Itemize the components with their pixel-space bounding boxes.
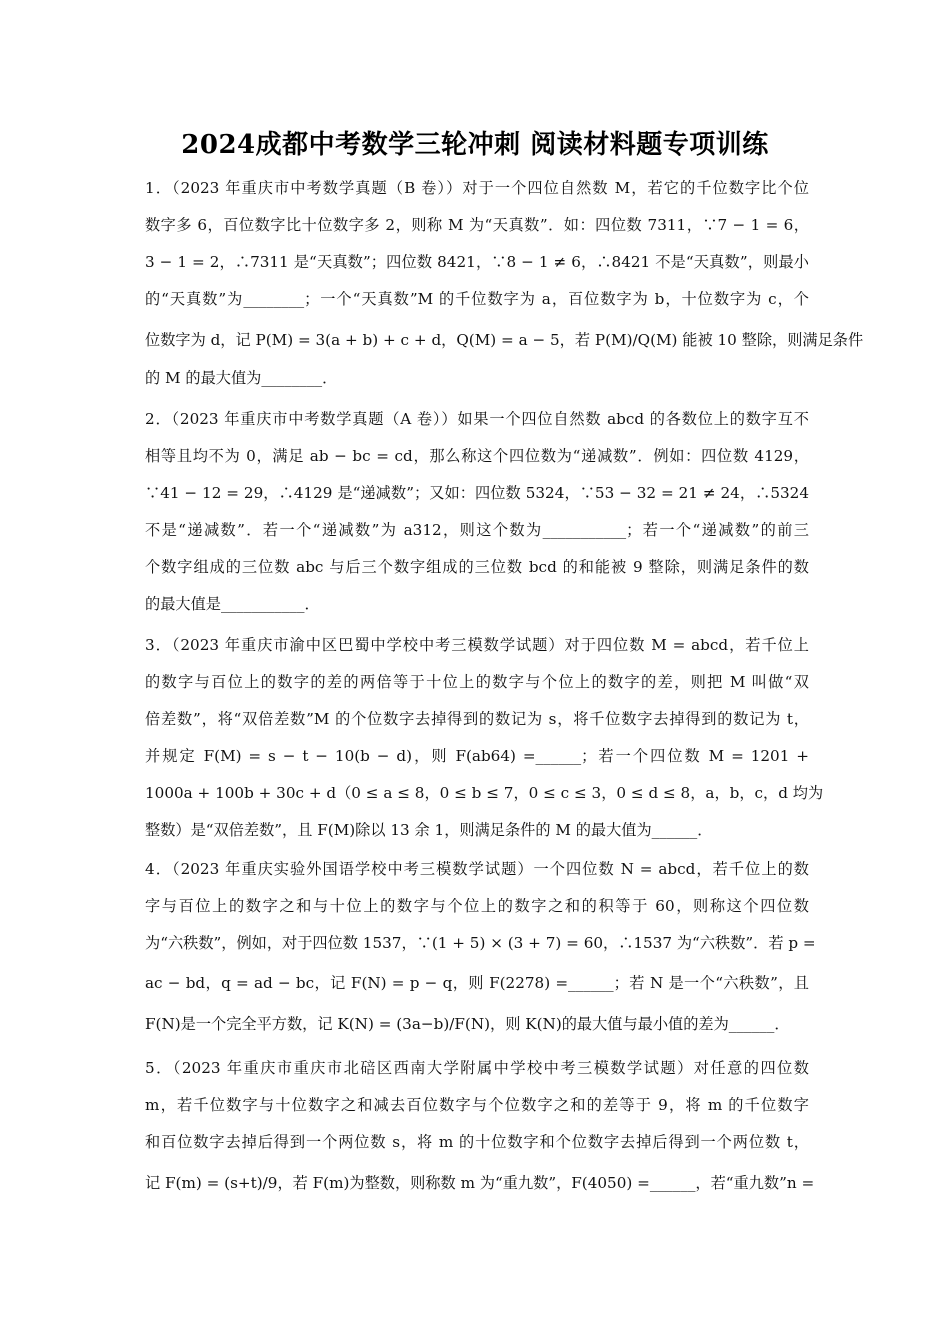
- problem-2-line: 2．（2023 年重庆市中考数学真题（A 卷））如果一个四位自然数 abcd 的…: [145, 401, 809, 438]
- problem-1-line: 的“天真数”为________；一个“天真数”M 的千位数字为 a，百位数字为 …: [145, 281, 809, 318]
- problem-2-line: ∵41 − 12 = 29，∴4129 是“递减数”；又如：四位数 5324，∵…: [145, 475, 809, 512]
- problem-5: 5．（2023 年重庆市重庆市北碚区西南大学附属中学校中考三模数学试题）对任意的…: [145, 1050, 809, 1203]
- problem-2-line: 相等且均不为 0，满足 ab − bc = cd，那么称这个四位数为“递减数”．…: [145, 438, 809, 475]
- problem-3: 3．（2023 年重庆市渝中区巴蜀中学校中考三模数学试题）对于四位数 M = a…: [145, 627, 809, 849]
- problem-1-line: 1．（2023 年重庆市中考数学真题（B 卷））对于一个四位自然数 M，若它的千…: [145, 170, 809, 207]
- problem-1-line: 的 M 的最大值为________．: [145, 360, 809, 397]
- problem-1-line: 位数字为 d，记 P(M) = 3(a + b) + c + d，Q(M) = …: [145, 318, 809, 360]
- problem-3-line: 并规定 F(M) = s − t − 10(b − d)，则 F(ab64) =…: [145, 738, 809, 775]
- problem-4-line: 为“六秩数”，例如，对于四位数 1537，∵(1 + 5) × (3 + 7) …: [145, 925, 809, 962]
- problem-3-line: 倍差数”，将“双倍差数”M 的个位数字去掉得到的数记为 s，将千位数字去掉得到的…: [145, 701, 809, 738]
- problem-3-line: 3．（2023 年重庆市渝中区巴蜀中学校中考三模数学试题）对于四位数 M = a…: [145, 627, 809, 664]
- problem-2-line: 不是“递减数”．若一个“递减数”为 a312，则这个数为___________；…: [145, 512, 809, 549]
- problem-2-line: 的最大值是___________．: [145, 586, 809, 623]
- problem-3-line: 整数）是“双倍差数”，且 F(M)除以 13 余 1，则满足条件的 M 的最大值…: [145, 812, 809, 849]
- problem-5-line: 和百位数字去掉后得到一个两位数 s，将 m 的十位数字和个位数字去掉后得到一个两…: [145, 1124, 809, 1161]
- problem-4: 4．（2023 年重庆实验外国语学校中考三模数学试题）一个四位数 N = abc…: [145, 851, 809, 1044]
- problem-4-line: 4．（2023 年重庆实验外国语学校中考三模数学试题）一个四位数 N = abc…: [145, 851, 809, 888]
- problem-4-line: 字与百位上的数字之和与十位上的数字与个位上的数字之和的积等于 60，则称这个四位…: [145, 888, 809, 925]
- page-title: 2024成都中考数学三轮冲刺 阅读材料题专项训练: [0, 124, 950, 161]
- problem-5-line: 记 F(m) = (s+t)/9，若 F(m)为整数，则称数 m 为“重九数”，…: [145, 1161, 809, 1203]
- problem-5-line: m，若千位数字与十位数字之和减去百位数字与个位数字之和的差等于 9，将 m 的千…: [145, 1087, 809, 1124]
- problem-4-line: F(N)是一个完全平方数，记 K(N) = (3a−b)/F(N)，则 K(N)…: [145, 1002, 809, 1044]
- document-page: 2024成都中考数学三轮冲刺 阅读材料题专项训练 1．（2023 年重庆市中考数…: [0, 0, 950, 1344]
- problem-3-line: 1000a + 100b + 30c + d（0 ≤ a ≤ 8，0 ≤ b ≤…: [145, 775, 809, 812]
- problem-1-line: 3 − 1 = 2，∴7311 是“天真数”；四位数 8421，∵8 − 1 ≠…: [145, 244, 809, 281]
- problem-1: 1．（2023 年重庆市中考数学真题（B 卷））对于一个四位自然数 M，若它的千…: [145, 170, 809, 397]
- problem-2: 2．（2023 年重庆市中考数学真题（A 卷））如果一个四位自然数 abcd 的…: [145, 401, 809, 623]
- problem-2-line: 个数字组成的三位数 abc 与后三个数字组成的三位数 bcd 的和能被 9 整除…: [145, 549, 809, 586]
- problem-3-line: 的数字与百位上的数字的差的两倍等于十位上的数字与个位上的数字的差，则把 M 叫做…: [145, 664, 809, 701]
- problem-1-line: 数字多 6，百位数字比十位数字多 2，则称 M 为“天真数”．如：四位数 731…: [145, 207, 809, 244]
- problem-5-line: 5．（2023 年重庆市重庆市北碚区西南大学附属中学校中考三模数学试题）对任意的…: [145, 1050, 809, 1087]
- problem-4-line: ac − bd，q = ad − bc，记 F(N) = p − q，则 F(2…: [145, 962, 809, 1002]
